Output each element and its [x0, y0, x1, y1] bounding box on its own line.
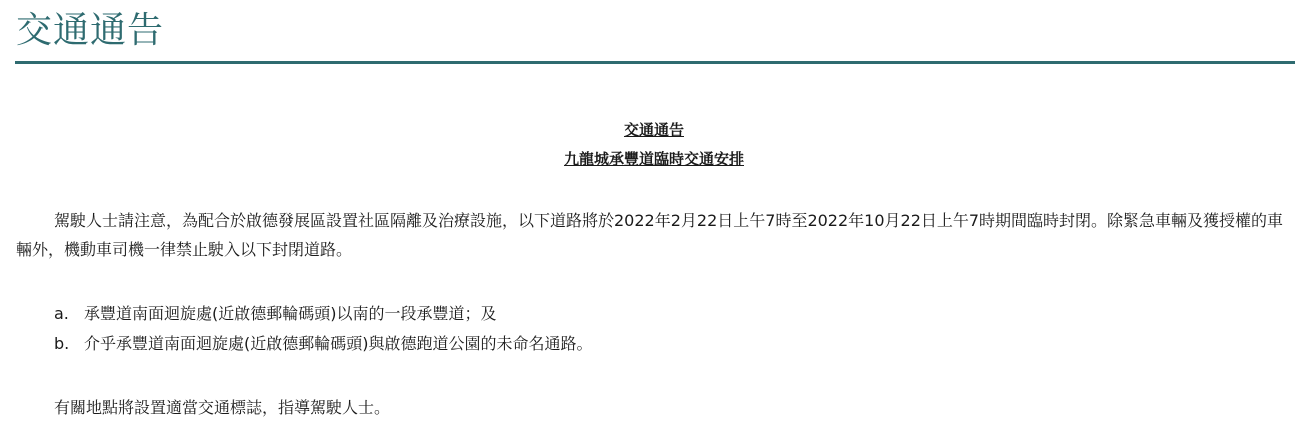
title-divider: [15, 61, 1295, 64]
list-item: a. 承豐道南面迴旋處(近啟德郵輪碼頭)以南的一段承豐道；及: [54, 299, 593, 329]
list-marker: a.: [54, 299, 84, 329]
notice-subheading: 九龍城承豐道臨時交通安排: [0, 149, 1308, 169]
notice-heading: 交通通告: [0, 120, 1308, 140]
page-title: 交通通告: [16, 6, 164, 56]
closed-roads-list: a. 承豐道南面迴旋處(近啟德郵輪碼頭)以南的一段承豐道；及 b. 介乎承豐道南…: [54, 299, 593, 359]
list-marker: b.: [54, 329, 84, 359]
notice-intro-paragraph: 駕駛人士請注意，為配合於啟德發展區設置社區隔離及治療設施，以下道路將於2022年…: [16, 206, 1296, 264]
list-item-text: 承豐道南面迴旋處(近啟德郵輪碼頭)以南的一段承豐道；及: [84, 299, 497, 329]
notice-closing-paragraph: 有關地點將設置適當交通標誌，指導駕駛人士。: [54, 393, 1314, 422]
list-item-text: 介乎承豐道南面迴旋處(近啟德郵輪碼頭)與啟德跑道公園的未命名通路。: [84, 329, 593, 359]
list-item: b. 介乎承豐道南面迴旋處(近啟德郵輪碼頭)與啟德跑道公園的未命名通路。: [54, 329, 593, 359]
